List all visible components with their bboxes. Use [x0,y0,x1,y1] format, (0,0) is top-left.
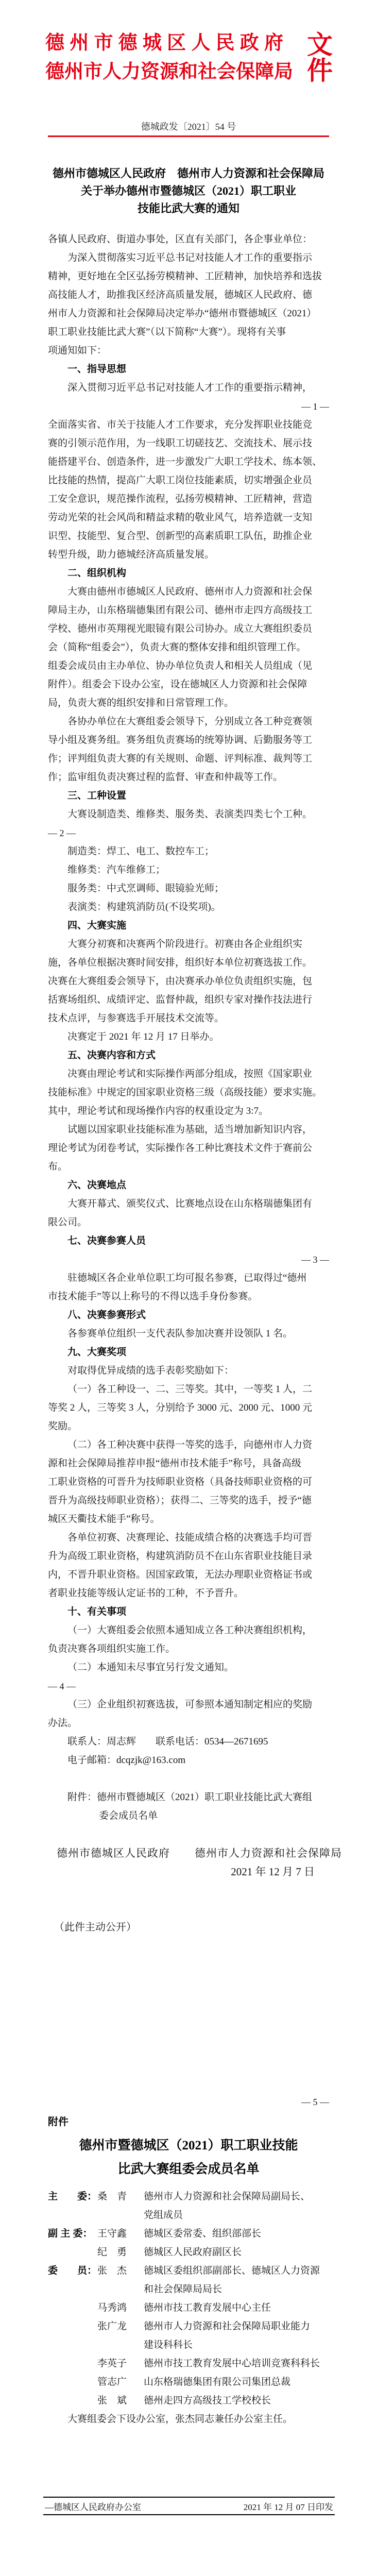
body-line: （二）本通知未尽事宜另行发文通知。 [48,1658,329,1677]
roster-title: 德城区人民政府副区长 [144,2243,329,2262]
page-number: — 3 — [48,1250,329,1269]
body-line: 大赛由德州市德城区人民政府、德州市人力资源和社会保 [48,583,329,601]
roster-name: 张 杰 [97,2262,144,2280]
blank-row [48,1770,329,1788]
body-line: （一）大赛组委会依照本通知成立各工种决赛组织机构， [48,1621,329,1640]
roster-role [48,2354,97,2373]
issuing-orgs: 德州市德城区人民政府 德州市人力资源和社会保障局 [45,29,283,87]
body-line: （一）各工种设一、二、三等奖。其中，一等奖 1 人，二 [48,1380,329,1399]
body-line: 工安全意识，规范操作流程，弘扬劳模精神、工匠精神，营造 [48,490,329,509]
blank-row [48,1825,329,1844]
section-heading: 二、组织机构 [48,564,329,583]
body-line: 奖励。 [48,1417,329,1436]
page-number: — 2 — [48,824,329,842]
body-line: 作；评判组负责大赛的有关规则、命题、评判标准、裁判等工 [48,750,329,768]
body-line: 组委会成员由主办单位、协办单位负责人和相关人员组成（见 [48,657,329,675]
body-line: 委会成员名单 [48,1807,329,1825]
roster-title: 德州走四方高级技工学校校长 [144,2392,329,2410]
roster-name: 王守鑫 [97,2225,144,2243]
publicity-note: （此件主动公开） [48,1918,329,1937]
signature-org-1: 德州市德城区人民政府 [57,1847,170,1859]
body-flow: 各镇人民政府、街道办事处，区直有关部门，各企事业单位：为深入贯彻落实习近平总书记… [48,230,329,1937]
appendix-title: 德州市暨德城区（2021）职工职业技能 比武大赛组委会成员名单 [0,2134,377,2181]
roster-title: 德州市技工教育发展中心培训竞赛科科长 [144,2354,329,2373]
body-line: 电子邮箱：dcqzjk@163.com [48,1751,329,1770]
body-line: 附件）。组委会下设办公室，设在德城区人力资源和社会保障 [48,675,329,694]
body-line: 理论考试为闭卷考试，实际操作各工种比赛技术文件于赛前公 [48,1139,329,1158]
body-line: （二）各工种决赛中获得一等奖的选手，向德州市人力资 [48,1436,329,1454]
body-line: 附件：德州市暨德城区（2021）职工职业技能比武大赛组 [48,1788,329,1807]
body-line: 作；监审组负责决赛过程的监督、审查和仲裁等工作。 [48,768,329,787]
roster-role [48,2280,97,2299]
notice-title-line2: 关于举办德州市暨德城区（2021）职工职业 [0,182,377,200]
body-line: 决赛定于 2021 年 12 月 17 日举办。 [48,1028,329,1046]
roster-name [97,2336,144,2354]
body-line: 施，各单位根据决赛时间安排，组织好本单位初赛选拔工作。 [48,954,329,972]
roster-name: 桑 青 [97,2188,144,2206]
red-divider-line [48,135,329,137]
roster-title: 建设科科长 [144,2336,329,2354]
committee-roster: 主 委：桑 青德州市人力资源和社会保障局副局长、党组成员副 主 委：王守鑫德城区… [48,2188,329,2429]
body-line: 驻德城区各企业单位职工均可报名参赛，已取得过“德州 [48,1269,329,1287]
body-line: 各单位初赛、决赛理论、技能成绩合格的决赛选手均可晋 [48,1529,329,1547]
body-line: 障局主办，山东格瑞德集团有限公司、德州市走四方高级技工 [48,601,329,620]
roster-role [48,2206,97,2225]
body-line: 深入贯彻习近平总书记对技能人才工作的重要指示精神， [48,379,329,397]
body-line: 导小组及赛务组。赛务组负责赛场的统筹协调、后勤服务等工 [48,731,329,750]
roster-role [48,2336,97,2354]
body-line: 局，负责大赛的组织安排和日常管理工作。 [48,694,329,713]
body-line: 决赛在大赛组委会领导下，由决赛承办单位负责组织实施，包 [48,972,329,991]
body-line: 全面落实省、市关于技能人才工作要求，充分发挥职业技能竞 [48,416,329,434]
body-line: 学校、德州市英翔视光眼镜有限公司协办。成立大赛组织委员 [48,620,329,638]
body-line: 各镇人民政府、街道办事处，区直有关部门，各企事业单位： [48,230,329,249]
document-page: 德州市德城区人民政府 德州市人力资源和社会保障局 文件 德城政发〔2021〕54… [0,0,377,2576]
body-line: 大赛开幕式、颁奖仪式、比赛地点设在山东格瑞德集团有 [48,1195,329,1213]
body-line: 试题以国家职业技能标准为基础，适当增加新知识内容， [48,1121,329,1139]
roster-row: 李英子德州市技工教育发展中心培训竞赛科科长 [48,2354,329,2373]
body-line: 能搭建平台、创造条件，进一步激发广大职工学技术、练本领、 [48,453,329,471]
roster-role: 委 员： [48,2262,97,2280]
print-footer: —德城区人民政府办公室 2021 年 12 月 07 日印发 [43,2497,335,2515]
blank-row [48,1900,329,1918]
body-line: 办法。 [48,1714,329,1733]
roster-title: 德城区委常委、组织部部长 [144,2225,329,2243]
roster-row: 委 员：张 杰德城区委组织部副部长、德城区人力资源 [48,2262,329,2280]
body-line: 会（简称“组委会”），负责大赛的整体安排和组织管理工作。 [48,638,329,657]
roster-row: 张广龙德州市人力资源和社会保障局职业能力 [48,2317,329,2336]
body-line: 服务类：中式烹调师、眼镜验光师； [48,879,329,898]
body-line: 等奖 2 人，三等奖 3 人，分别给予 3000 元、2000 元、1000 元 [48,1399,329,1417]
body-line: 限公司。 [48,1213,329,1232]
body-line: 大赛设制造类、维修类、服务类、表演类四类七个工种。 [48,805,329,824]
body-line: 布。 [48,1158,329,1176]
section-heading: 三、工种设置 [48,787,329,805]
roster-office-note: 大赛组委会下设办公室，张杰同志兼任办公室主任。 [48,2410,329,2429]
body-line: 工职业资格的可晋升为技师职业资格（具备技师职业资格的可 [48,1473,329,1492]
body-line: 转型升级，助力德城经济高质量发展。 [48,546,329,564]
document-number: 德城政发〔2021〕54 号 [0,120,377,133]
red-letterhead: 德州市德城区人民政府 德州市人力资源和社会保障局 文件 [45,29,333,87]
roster-name: 李英子 [97,2354,144,2373]
roster-role [48,2392,97,2410]
body-line: 大赛分初赛和决赛两个阶段进行。初赛由各企业组织实 [48,935,329,954]
body-line: 其中，理论考试和现场操作内容的权重设定为 3:7。 [48,1102,329,1121]
body-line: 比技能的热情，提高广大职工岗位技能素质，切实增强企业员 [48,471,329,490]
section-heading: 十、有关事项 [48,1603,329,1621]
signature-row: 德州市德城区人民政府德州市人力资源和社会保障局 [48,1844,329,1862]
body-line: 赛的引领示范作用，为一线职工切磋技艺、交流技术、展示技 [48,434,329,453]
roster-row: 马秀鸿德州市技工教育发展中心主任 [48,2299,329,2317]
roster-name [97,2206,144,2225]
section-heading: 五、决赛内容和方式 [48,1046,329,1065]
roster-row: 党组成员 [48,2206,329,2225]
body-line: 升为高级工职业资格，构建筑消防员不在山东省职业技能目录 [48,1547,329,1566]
roster-title: 德州市人力资源和社会保障局职业能力 [144,2317,329,2336]
org-line-2: 德州市人力资源和社会保障局 [45,58,283,87]
notice-title: 德州市德城区人民政府 德州市人力资源和社会保障局 关于举办德州市暨德城区（202… [0,165,377,217]
body-line: 括赛场组织、成绩评定、监督仲裁，组织专家对操作技法进行 [48,991,329,1009]
roster-role: 副 主 委： [48,2225,97,2243]
body-line: 联系人：周志辉 联系电话：0534—2671695 [48,1733,329,1751]
body-line: 识型、技能型、复合型、创新型的高素质职工队伍，助推企业 [48,527,329,546]
body-line: 项通知如下： [48,342,329,360]
body-line: 各参赛单位组织一支代表队参加决赛并设领队 1 名。 [48,1325,329,1343]
roster-title: 德州市人力资源和社会保障局副局长、 [144,2188,329,2206]
body-line: 职工职业技能比武大赛”（以下简称“大赛”）。现将有关事 [48,323,329,342]
body-line: 技术点评，与参赛选手开展技术交流等。 [48,1009,329,1028]
appendix-title-line2: 比武大赛组委会成员名单 [0,2158,377,2181]
roster-title: 德州市技工教育发展中心主任 [144,2299,329,2317]
roster-name: 纪 勇 [97,2243,144,2262]
roster-name: 马秀鸿 [97,2299,144,2317]
body-line: （三）企业组织初赛选拔，可参照本通知制定相应的奖励 [48,1696,329,1714]
body-line: 源和社会保障局推荐申报“德州市技术能手”称号，具备高级 [48,1454,329,1473]
roster-name: 管志广 [97,2373,144,2392]
body-line: 负责决赛各项组织实施工作。 [48,1640,329,1658]
page-number: — 4 — [48,1677,329,1696]
roster-row: 管志广山东格瑞德集团有限公司集团总裁 [48,2373,329,2392]
roster-role [48,2373,97,2392]
page-number: — 1 — [48,397,329,416]
body-line: 州市人力资源和社会保障局决定举办“德州市暨德城区（2021） [48,304,329,323]
body-line: 表演类：构建筑消防员(不设奖项)。 [48,898,329,917]
signature-org-2: 德州市人力资源和社会保障局 [195,1847,342,1859]
roster-row: 张 斌德州走四方高级技工学校校长 [48,2392,329,2410]
org-line-1: 德州市德城区人民政府 [45,29,283,58]
roster-row: 和社会保障局局长 [48,2280,329,2299]
body-line: 晋升为高级技师职业资格）；获得二、三等奖的选手，授予“德 [48,1492,329,1510]
roster-title: 德城区委组织部副部长、德城区人力资源 [144,2262,329,2280]
roster-row: 副 主 委：王守鑫德城区委常委、组织部部长 [48,2225,329,2243]
body-line: 维修类：汽车维修工； [48,861,329,879]
section-heading: 八、决赛参赛形式 [48,1306,329,1325]
roster-title: 党组成员 [144,2206,329,2225]
roster-role [48,2299,97,2317]
body-line: 决赛由理论考试和实际操作两部分组成，按照《国家职业 [48,1065,329,1083]
roster-row: 主 委：桑 青德州市人力资源和社会保障局副局长、 [48,2188,329,2206]
body-line: 内，不晋升职业资格。因国家政策，无法办理职业资格证书或 [48,1566,329,1584]
notice-title-line3: 技能比武大赛的通知 [0,200,377,217]
section-heading: 一、指导思想 [48,360,329,379]
notice-title-line1: 德州市德城区人民政府 德州市人力资源和社会保障局 [0,165,377,182]
body-line: 城区天衢技术能手”称号。 [48,1510,329,1529]
print-office: —德城区人民政府办公室 [45,2500,141,2513]
roster-title: 和社会保障局局长 [144,2280,329,2299]
section-heading: 七、决赛参赛人员 [48,1232,329,1250]
body-line: 为深入贯彻落实习近平总书记对技能人才工作的重要指示 [48,249,329,267]
body-line: 各协办单位在大赛组委会领导下，分别成立各工种竞赛领 [48,713,329,731]
roster-row: 建设科科长 [48,2336,329,2354]
roster-title: 山东格瑞德集团有限公司集团总裁 [144,2373,329,2392]
roster-row: 纪 勇德城区人民政府副区长 [48,2243,329,2262]
appendix-label: 附件 [48,2113,68,2128]
roster-name: 张广龙 [97,2317,144,2336]
section-heading: 六、决赛地点 [48,1176,329,1195]
roster-name [97,2280,144,2299]
blank-row [48,1881,329,1900]
document-label: 文件 [283,32,333,83]
roster-role [48,2317,97,2336]
print-date: 2021 年 12 月 07 日印发 [244,2500,333,2513]
signature-date: 2021 年 12 月 7 日 [48,1862,329,1881]
section-heading: 四、大赛实施 [48,917,329,935]
body-line: 技能标准》中规定的国家职业资格三级（高级技能）要求实施。 [48,1083,329,1102]
body-line: 市技术能手”等以上称号的不得以选手身份参赛。 [48,1287,329,1306]
body-line: 精神，更好地在全区弘扬劳模精神、工匠精神，加快培养和选拔 [48,267,329,286]
page-number-5: — 5 — [48,2097,329,2108]
body-line: 制造类：焊工、电工、数控车工； [48,842,329,861]
body-line: 者职业技能等级认定证书的工种，不予晋升。 [48,1584,329,1603]
roster-role [48,2243,97,2262]
body-line: 对取得优异成绩的选手表彰奖励如下： [48,1362,329,1380]
roster-name: 张 斌 [97,2392,144,2410]
body-line: 高技能人才，助推我区经济高质量发展，德城区人民政府、德 [48,286,329,304]
appendix-title-line1: 德州市暨德城区（2021）职工职业技能 [0,2134,377,2158]
section-heading: 九、大赛奖项 [48,1343,329,1362]
roster-role: 主 委： [48,2188,97,2206]
body-line: 劳动光荣的社会风尚和精益求精的敬业风气，培养造就一支知 [48,509,329,527]
